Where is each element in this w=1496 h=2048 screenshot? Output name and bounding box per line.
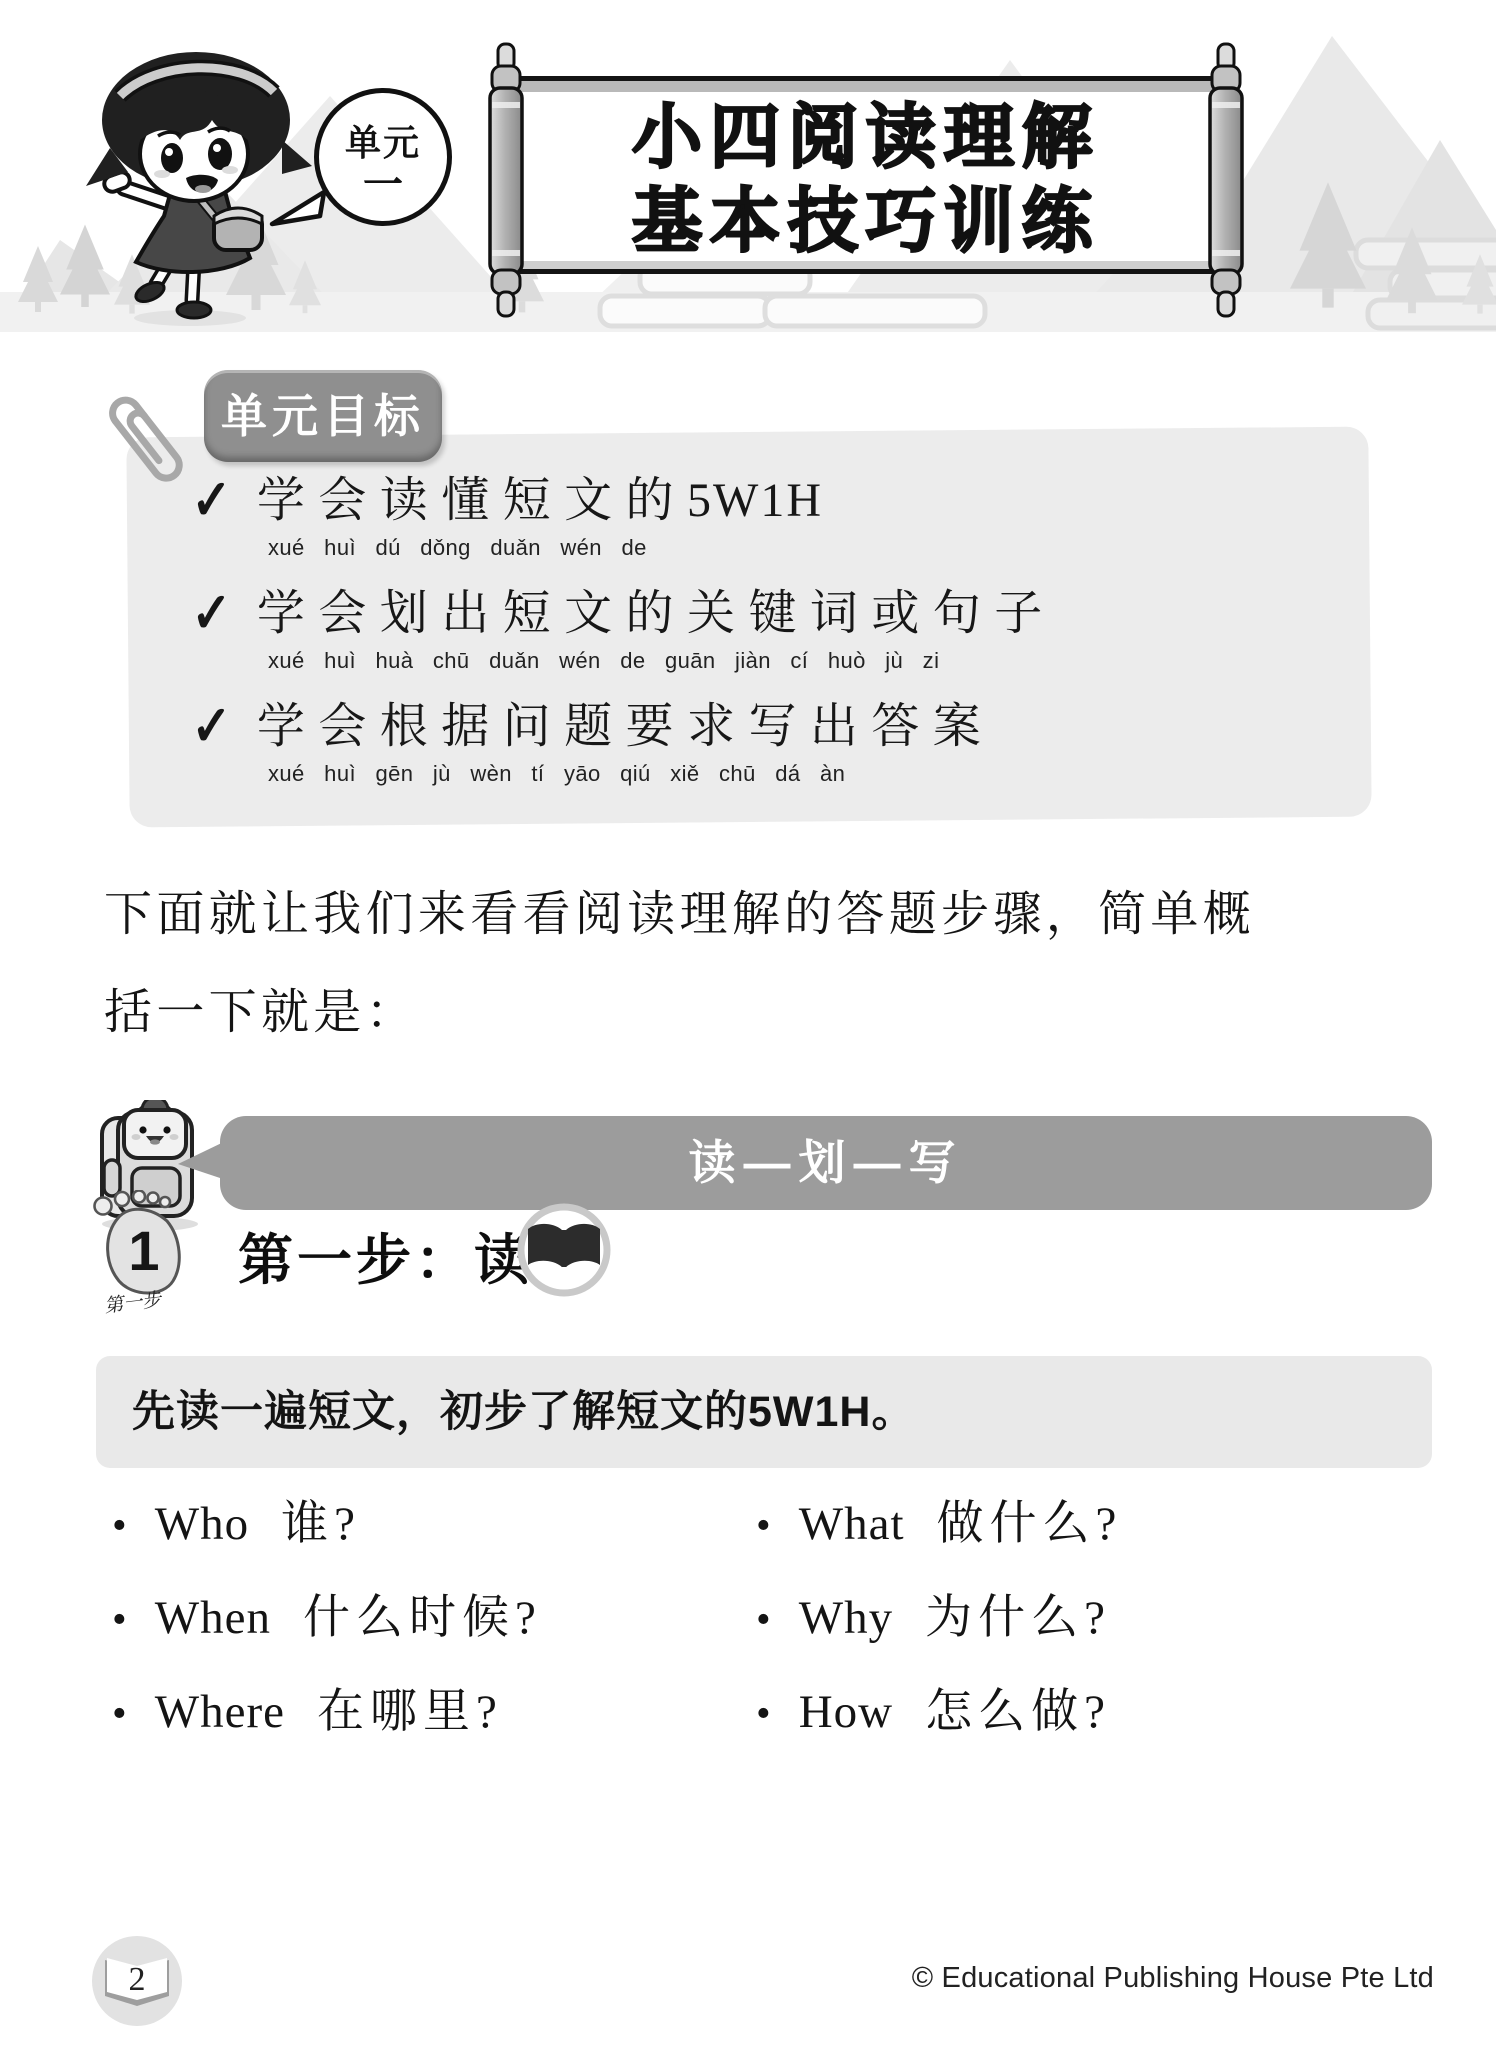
checkmark-icon: ✓ <box>192 468 232 532</box>
page-number: 2 <box>129 1961 146 1998</box>
w-word: What <box>799 1497 905 1551</box>
instruction-text: 先读一遍短文，初步了解短文的5W1H。 <box>96 1356 1432 1468</box>
w-word: When <box>155 1591 271 1645</box>
objective-pinyin: xué huì gēn jù wèn tí yāo qiú xiě chū dá… <box>268 761 1348 787</box>
copyright-text: © Educational Publishing House Pte Ltd <box>912 1962 1434 1995</box>
w-word-zh: 什么时候? <box>303 1580 542 1647</box>
w-word-zh: 谁? <box>281 1486 361 1553</box>
checkmark-icon: ✓ <box>192 581 232 645</box>
bullet-icon: • <box>756 1502 771 1550</box>
footprint-caption: 第一步 <box>103 1285 163 1319</box>
w-word: Why <box>799 1591 893 1645</box>
scroll-roller-right-icon <box>1202 42 1250 320</box>
w-word-zh: 做什么? <box>937 1486 1123 1553</box>
objective-item: ✓ 学会读懂短文的 5W1H xué huì dú dǒng duǎn wén … <box>188 468 1348 561</box>
objective-pinyin: xué huì huà chū duǎn wén de guān jiàn cí… <box>268 648 1348 674</box>
scroll-banner: 小四阅读理解 基本技巧训练 <box>505 76 1227 274</box>
w-word-zh: 怎么做? <box>925 1674 1111 1741</box>
w-word-zh: 在哪里? <box>317 1674 503 1741</box>
w-word: How <box>799 1685 893 1739</box>
objective-text: 学会读懂短文的 <box>257 468 687 534</box>
header-illustration: 单元 一 小四阅读理解 基本技巧训练 <box>0 0 1496 332</box>
w-word: Where <box>155 1685 285 1739</box>
objective-pinyin: xué huì dú dǒng duǎn wén de <box>268 535 1348 561</box>
intro-paragraph: 下面就让我们来看看阅读理解的答题步骤，简单概 括一下就是： <box>104 866 1454 1062</box>
footprint-step-icon: 1 <box>88 1190 204 1298</box>
step-number: 1 <box>128 1219 159 1282</box>
list-item: • How 怎么做? <box>756 1674 1122 1738</box>
page-title-line2: 基本技巧训练 <box>510 179 1222 263</box>
unit-number: 一 <box>319 166 447 204</box>
step-heading: 第一步：读 <box>238 1216 533 1295</box>
list-item: • Why 为什么? <box>756 1580 1122 1644</box>
w5h1-left-column: • Who 谁? • When 什么时候? • Where 在哪里? <box>112 1486 542 1768</box>
list-item: • Who 谁? <box>112 1486 542 1550</box>
objective-item: ✓ 学会根据问题要求写出答案 xué huì gēn jù wèn tí yāo… <box>188 694 1348 787</box>
list-item: • What 做什么? <box>756 1486 1122 1550</box>
w-word: Who <box>155 1497 249 1551</box>
intro-line1: 下面就让我们来看看阅读理解的答题步骤，简单概 <box>104 866 1454 964</box>
objective-text-en: 5W1H <box>687 468 823 534</box>
list-item: • Where 在哪里? <box>112 1674 542 1738</box>
objective-item: ✓ 学会划出短文的关键词或句子 xué huì huà chū duǎn wén… <box>188 581 1348 674</box>
flow-banner: 读—划—写 <box>220 1116 1432 1210</box>
checkmark-icon: ✓ <box>192 694 232 758</box>
list-item: • When 什么时候? <box>112 1580 542 1644</box>
page-title: 小四阅读理解 基本技巧训练 <box>510 95 1222 263</box>
objectives-badge: 单元目标 <box>204 370 442 462</box>
page-title-line1: 小四阅读理解 <box>510 95 1222 179</box>
objectives-list: ✓ 学会读懂短文的 5W1H xué huì dú dǒng duǎn wén … <box>188 468 1348 807</box>
unit-speech-bubble: 单元 一 <box>314 88 452 226</box>
objective-text: 学会根据问题要求写出答案 <box>257 694 994 760</box>
objective-text: 学会划出短文的关键词或句子 <box>257 581 1056 647</box>
bullet-icon: • <box>112 1596 127 1644</box>
bullet-icon: • <box>112 1690 127 1738</box>
bullet-icon: • <box>756 1690 771 1738</box>
open-book-icon <box>514 1200 614 1300</box>
bullet-icon: • <box>756 1596 771 1644</box>
page-number-badge: 2 <box>90 1934 184 2028</box>
w5h1-right-column: • What 做什么? • Why 为什么? • How 怎么做? <box>756 1486 1122 1768</box>
instruction-bar: 先读一遍短文，初步了解短文的5W1H。 <box>96 1356 1432 1468</box>
scroll-roller-left-icon <box>482 42 530 320</box>
workbook-page: 单元 一 小四阅读理解 基本技巧训练 <box>0 0 1496 2048</box>
bullet-icon: • <box>112 1502 127 1550</box>
unit-label: 单元 <box>319 115 447 166</box>
paperclip-icon <box>106 388 196 500</box>
intro-line2: 括一下就是： <box>104 964 1454 1062</box>
w-word-zh: 为什么? <box>925 1580 1111 1647</box>
